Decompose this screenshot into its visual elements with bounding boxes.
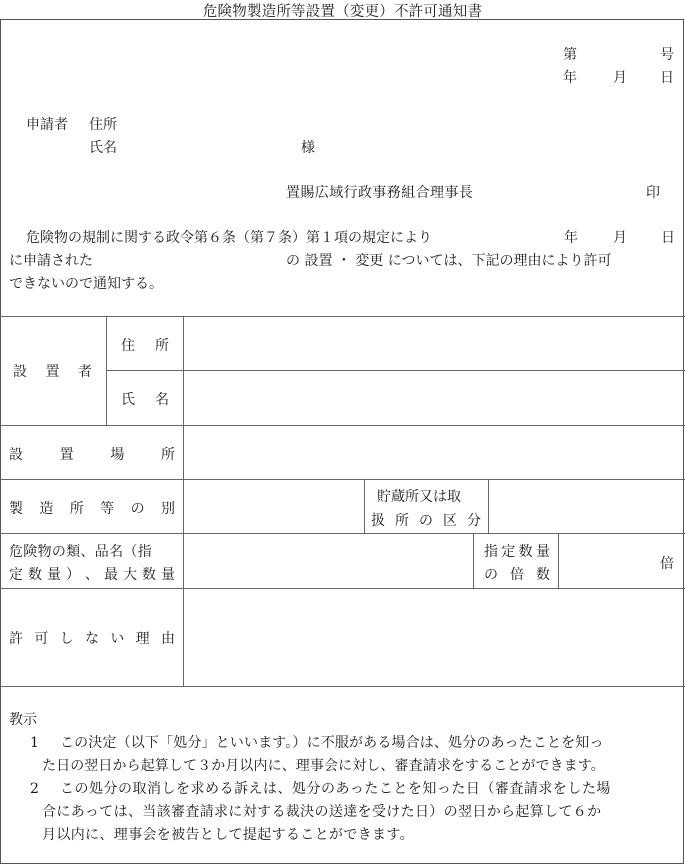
- table-top-line: [0, 316, 685, 317]
- installer-label: 設 置 者: [13, 361, 92, 381]
- body-date-month: 月: [613, 227, 627, 247]
- multiple-unit: 倍: [660, 553, 674, 573]
- storage-category-label-line-2: 扱 所 の 区 分: [371, 510, 481, 530]
- installer-sub-column-line: [106, 316, 107, 425]
- document-number-prefix: 第: [563, 44, 577, 64]
- storage-category-field[interactable]: [490, 481, 683, 532]
- instruction-1-line-2: た日の翌日から起算して３か月以内に、理事会に対し、審査請求をすることができます。: [42, 754, 605, 779]
- applicant-address-label: 住所: [89, 114, 117, 134]
- facility-type-field[interactable]: [185, 481, 363, 532]
- issuer-seal: 印: [646, 182, 660, 202]
- body-date-day: 日: [661, 227, 675, 247]
- multiple-label-line-1: 指 定 数 量: [484, 541, 550, 561]
- instructions-heading: 教示: [9, 708, 37, 733]
- instruction-2-line-3: 月以内に、理事会を被告として提起することができます。: [42, 823, 414, 848]
- storage-category-left-line: [364, 479, 365, 533]
- issuer-name: 置賜広域行政事務組合理事長: [286, 182, 473, 202]
- document-title: 危険物製造所等設置（変更）不許可通知書: [0, 0, 685, 21]
- instruction-1-line-1: この決定（以下「処分」といいます。）に不服がある場合は、処分のあったことを知っ: [60, 731, 604, 756]
- installer-split-line: [106, 370, 685, 371]
- hazmat-label-line-2: 定 数 量 ） 、 最 大 数 量: [9, 564, 175, 584]
- location-label: 設 置 場 所: [9, 444, 175, 464]
- location-field[interactable]: [185, 427, 683, 478]
- multiple-right-line: [558, 533, 559, 588]
- installer-name-field[interactable]: [185, 372, 683, 424]
- installer-name-label: 氏 名: [121, 389, 169, 409]
- multiple-label-line-2: の 倍 数: [484, 564, 550, 584]
- reason-label: 許 可 し な い 理 由: [9, 628, 175, 648]
- row-line-location: [0, 425, 685, 426]
- applicant-label: 申請者: [26, 114, 68, 134]
- body-date-year: 年: [564, 227, 578, 247]
- body-line-2-middle: の 設置 ・ 変更 については、下記の理由により許可: [286, 250, 612, 270]
- storage-category-right-line: [488, 479, 489, 533]
- row-line-facility: [0, 479, 685, 480]
- body-line-2-start: に申請された: [9, 250, 93, 270]
- reason-field[interactable]: [185, 590, 683, 685]
- row-line-reason: [0, 588, 685, 589]
- instruction-2-line-2: 合にあっては、当該審査請求に対する裁決の送達を受けた日）の翌日から起算して６か: [42, 800, 602, 825]
- facility-type-label: 製 造 所 等 の 別: [9, 498, 175, 518]
- hazmat-field[interactable]: [185, 535, 472, 587]
- instruction-1-number: 1: [30, 731, 39, 756]
- row-line-hazmat: [0, 533, 685, 534]
- date-year-label: 年: [563, 67, 577, 87]
- date-day-label: 日: [660, 67, 674, 87]
- installer-address-field[interactable]: [185, 318, 683, 369]
- applicant-honorific: 様: [301, 137, 315, 157]
- hazmat-label-line-1: 危険物の類、品名（指: [9, 541, 152, 561]
- instruction-2-number: 2: [30, 777, 39, 802]
- instruction-2-line-1: この処分の取消しを求める訴えは、処分のあったことを知った日（審査請求をした場: [60, 777, 611, 802]
- body-line-1: 危険物の規制に関する政令第６条（第７条）第１項の規定により: [26, 227, 432, 247]
- date-month-label: 月: [613, 67, 627, 87]
- applicant-name-label: 氏名: [89, 137, 117, 157]
- document-number-suffix: 号: [660, 44, 674, 64]
- body-line-3: できないので通知する。: [9, 273, 163, 293]
- storage-category-label-line-1: 貯蔵所又は取: [377, 486, 461, 506]
- multiple-left-line: [473, 533, 474, 588]
- row-line-instructions: [0, 686, 685, 687]
- installer-address-label: 住 所: [121, 335, 169, 355]
- label-column-line: [183, 316, 184, 686]
